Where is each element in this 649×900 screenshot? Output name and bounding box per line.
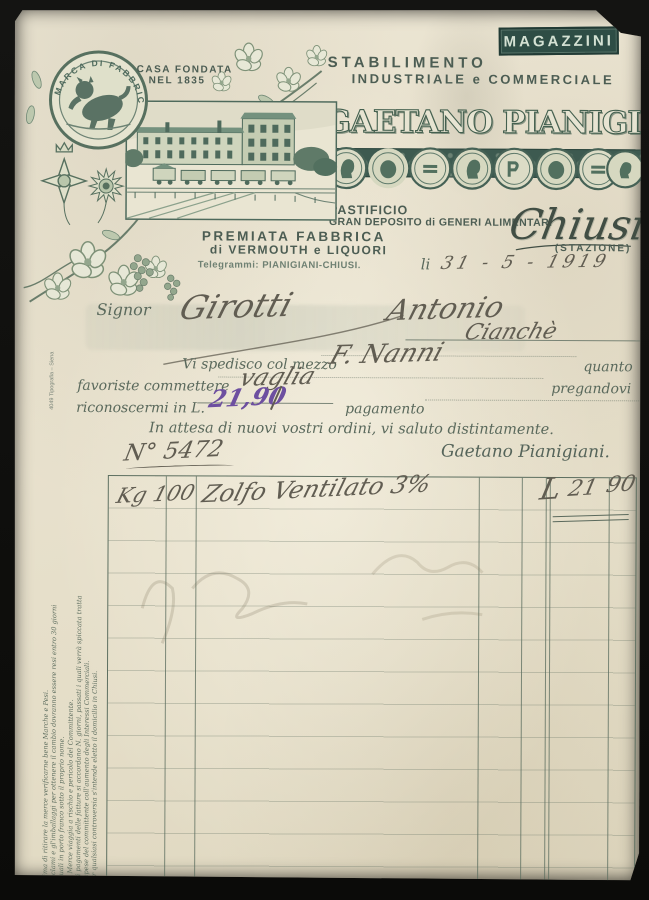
address-line2-handwritten: Cianchè [461, 319, 560, 345]
riconoscermi-label: riconoscermi in L. [76, 400, 205, 417]
pregandovi-label: pregandovi [551, 381, 631, 397]
terms-sidebar: Prima di ritirare la merce verificarne b… [41, 464, 100, 884]
ledger-lire-handwritten: 21 [566, 475, 600, 502]
company-name: GAETANO PIANIGIANI [324, 104, 649, 142]
premiata-line2: di VERMOUTH e LIQUORI [210, 242, 388, 257]
scanned-invoice-photo: MAGAZZINI STABILIMENTO INDUSTRIALE e COM… [0, 0, 649, 900]
ghost-scribble [122, 528, 583, 690]
ledger-qty-handwritten: Kg 100 [114, 480, 198, 508]
ledger-cents-handwritten: 90 [604, 471, 638, 498]
printed-signature: Gaetano Pianigiani. [441, 441, 610, 462]
printer-credit: 4049 Tipografia – Siena [49, 340, 55, 410]
signor-label: Signor [97, 300, 151, 319]
table-column-line [607, 478, 610, 884]
invoice-number-handwritten: N° 5472 [122, 436, 226, 467]
mezzo-handwritten: F. Nanni [326, 338, 448, 371]
badge-label: MAGAZZINI [504, 32, 614, 50]
header-line2: INDUSTRIALE e COMMERCIALE [352, 71, 615, 87]
award-medals-icon [32, 136, 132, 236]
magazzini-badge: MAGAZZINI [499, 26, 619, 55]
commettere-label: favoriste commettere [77, 378, 229, 395]
closing-line: In attesa di nuovi vostri ordini, vi sal… [149, 420, 554, 438]
date-prefix: li [421, 255, 431, 273]
invoice-paper: MAGAZZINI STABILIMENTO INDUSTRIALE e COM… [11, 8, 643, 881]
pagamento-rule [425, 399, 645, 401]
founded-line1: CASA FONDATA [137, 64, 233, 75]
quanto-label: quanto [583, 359, 632, 375]
date-handwritten: 31 - 5 - 1919 [439, 251, 613, 274]
terms-line: Per qualsiasi controversia s'intende ele… [90, 464, 100, 884]
coin-medallions [324, 142, 644, 199]
founded-line2: NEL 1835 [149, 75, 206, 86]
telegrams-line: Telegrammi: PIANIGIANI-CHIUSI. [198, 259, 361, 271]
factory-vignette-illustration [125, 100, 338, 221]
pagamento-label: pagamento [345, 401, 424, 417]
header-line1: STABILIMENTO [328, 54, 487, 72]
